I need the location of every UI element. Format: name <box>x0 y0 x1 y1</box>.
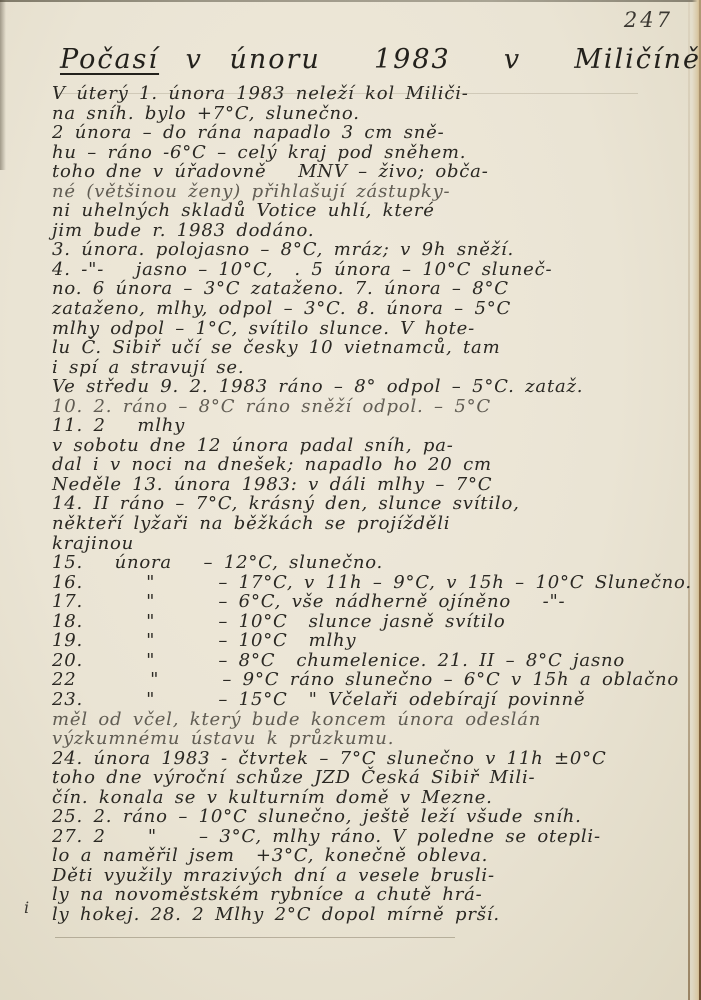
manuscript-line: měl od včel, který bude koncem února ode… <box>52 710 674 730</box>
manuscript-line: 2 února – do rána napadlo 3 cm sně- <box>52 123 674 143</box>
manuscript-line: Děti využily mrazivých dní a vesele brus… <box>52 866 674 886</box>
manuscript-line: ni uhelných skladů Votice uhlí, které <box>52 201 674 221</box>
manuscript-line: 27. 2 " – 3°C, mlhy ráno. V poledne se o… <box>52 827 674 847</box>
manuscript-line: toho dne v úřadovně MNV – živo; obča- <box>52 162 674 182</box>
manuscript-line: v sobotu dne 12 února padal sníh, pa- <box>52 436 674 456</box>
manuscript-line: 10. 2. ráno – 8°C ráno sněží odpol. – 5°… <box>52 397 674 417</box>
manuscript-line: dal i v noci na dnešek; napadlo ho 20 cm <box>52 455 674 475</box>
manuscript-line: né (většinou ženy) přihlašují zástupky- <box>52 182 674 202</box>
scan-left-edge-shadow <box>0 0 6 170</box>
manuscript-line: toho dne výroční schůze JZD Česká Sibiř … <box>52 768 674 788</box>
manuscript-line: jim bude r. 1983 dodáno. <box>52 221 674 241</box>
binding-crease-line <box>688 0 690 1000</box>
page-number: 247 <box>624 8 673 32</box>
manuscript-line: V úterý 1. února 1983 neleží kol Miliči- <box>52 84 674 104</box>
manuscript-line: krajinou <box>52 534 674 554</box>
manuscript-line: 14. II ráno – 7°C, krásný den, slunce sv… <box>52 494 674 514</box>
manuscript-line: na sníh. bylo +7°C, slunečno. <box>52 104 674 124</box>
margin-note: i <box>24 898 29 917</box>
manuscript-line: 15. února – 12°C, slunečno. <box>52 553 674 573</box>
manuscript-line: mlhy odpol – 1°C, svítilo slunce. V hote… <box>52 319 674 339</box>
manuscript-line: ly na novoměstském rybníce a chutě hrá- <box>52 885 674 905</box>
page-title: Počasí v únoru 1983 v Miličíně <box>60 44 701 75</box>
manuscript-line: 16. " – 17°C, v 11h – 9°C, v 15h – 10°C … <box>52 573 674 593</box>
title-rest: v únoru 1983 v Miličíně <box>159 44 701 75</box>
faint-guide-line-bottom <box>55 937 455 938</box>
manuscript-line: 23. " – 15°C " Včelaři odebírají povinně <box>52 690 674 710</box>
manuscript-line: 4. -"- jasno – 10°C, . 5 února – 10°C sl… <box>52 260 674 280</box>
manuscript-line: no. 6 února – 3°C zataženo. 7. února – 8… <box>52 279 674 299</box>
manuscript-line: výzkumnému ústavu k průzkumu. <box>52 729 674 749</box>
manuscript-line: někteří lyžaři na běžkách se projížděli <box>52 514 674 534</box>
manuscript-line: 17. " – 6°C, vše nádherně ojíněno -"- <box>52 592 674 612</box>
title-underlined-word: Počasí <box>60 44 159 75</box>
manuscript-line: ly hokej. 28. 2 Mlhy 2°C dopol mírně prš… <box>52 905 674 925</box>
scan-top-edge <box>0 0 701 2</box>
manuscript-line: 11. 2 mlhy <box>52 416 674 436</box>
manuscript-line: 25. 2. ráno – 10°C slunečno, ještě leží … <box>52 807 674 827</box>
manuscript-line: 18. " – 10°C slunce jasně svítilo <box>52 612 674 632</box>
manuscript-line: čín. konala se v kulturním domě v Mezne. <box>52 788 674 808</box>
manuscript-text: V úterý 1. února 1983 neleží kol Miliči-… <box>52 84 674 925</box>
manuscript-line: 22 " – 9°C ráno slunečno – 6°C v 15h a o… <box>52 670 674 690</box>
manuscript-line: i spí a stravují se. <box>52 358 674 378</box>
manuscript-line: 20. " – 8°C chumelenice. 21. II – 8°C ja… <box>52 651 674 671</box>
manuscript-line: hu – ráno -6°C – celý kraj pod sněhem. <box>52 143 674 163</box>
manuscript-line: 24. února 1983 - čtvrtek – 7°C slunečno … <box>52 749 674 769</box>
manuscript-line: lu Č. Sibiř učí se česky 10 vietnamců, t… <box>52 338 674 358</box>
manuscript-line: Ve středu 9. 2. 1983 ráno – 8° odpol – 5… <box>52 377 674 397</box>
manuscript-line: Neděle 13. února 1983: v dáli mlhy – 7°C <box>52 475 674 495</box>
manuscript-page: 247 Počasí v únoru 1983 v Miličíně V úte… <box>0 0 701 1000</box>
manuscript-line: 19. " – 10°C mlhy <box>52 631 674 651</box>
manuscript-line: lo a naměřil jsem +3°C, konečně obleva. <box>52 846 674 866</box>
manuscript-line: 3. února. polojasno – 8°C, mráz; v 9h sn… <box>52 240 674 260</box>
manuscript-line: zataženo, mlhy, odpol – 3°C. 8. února – … <box>52 299 674 319</box>
